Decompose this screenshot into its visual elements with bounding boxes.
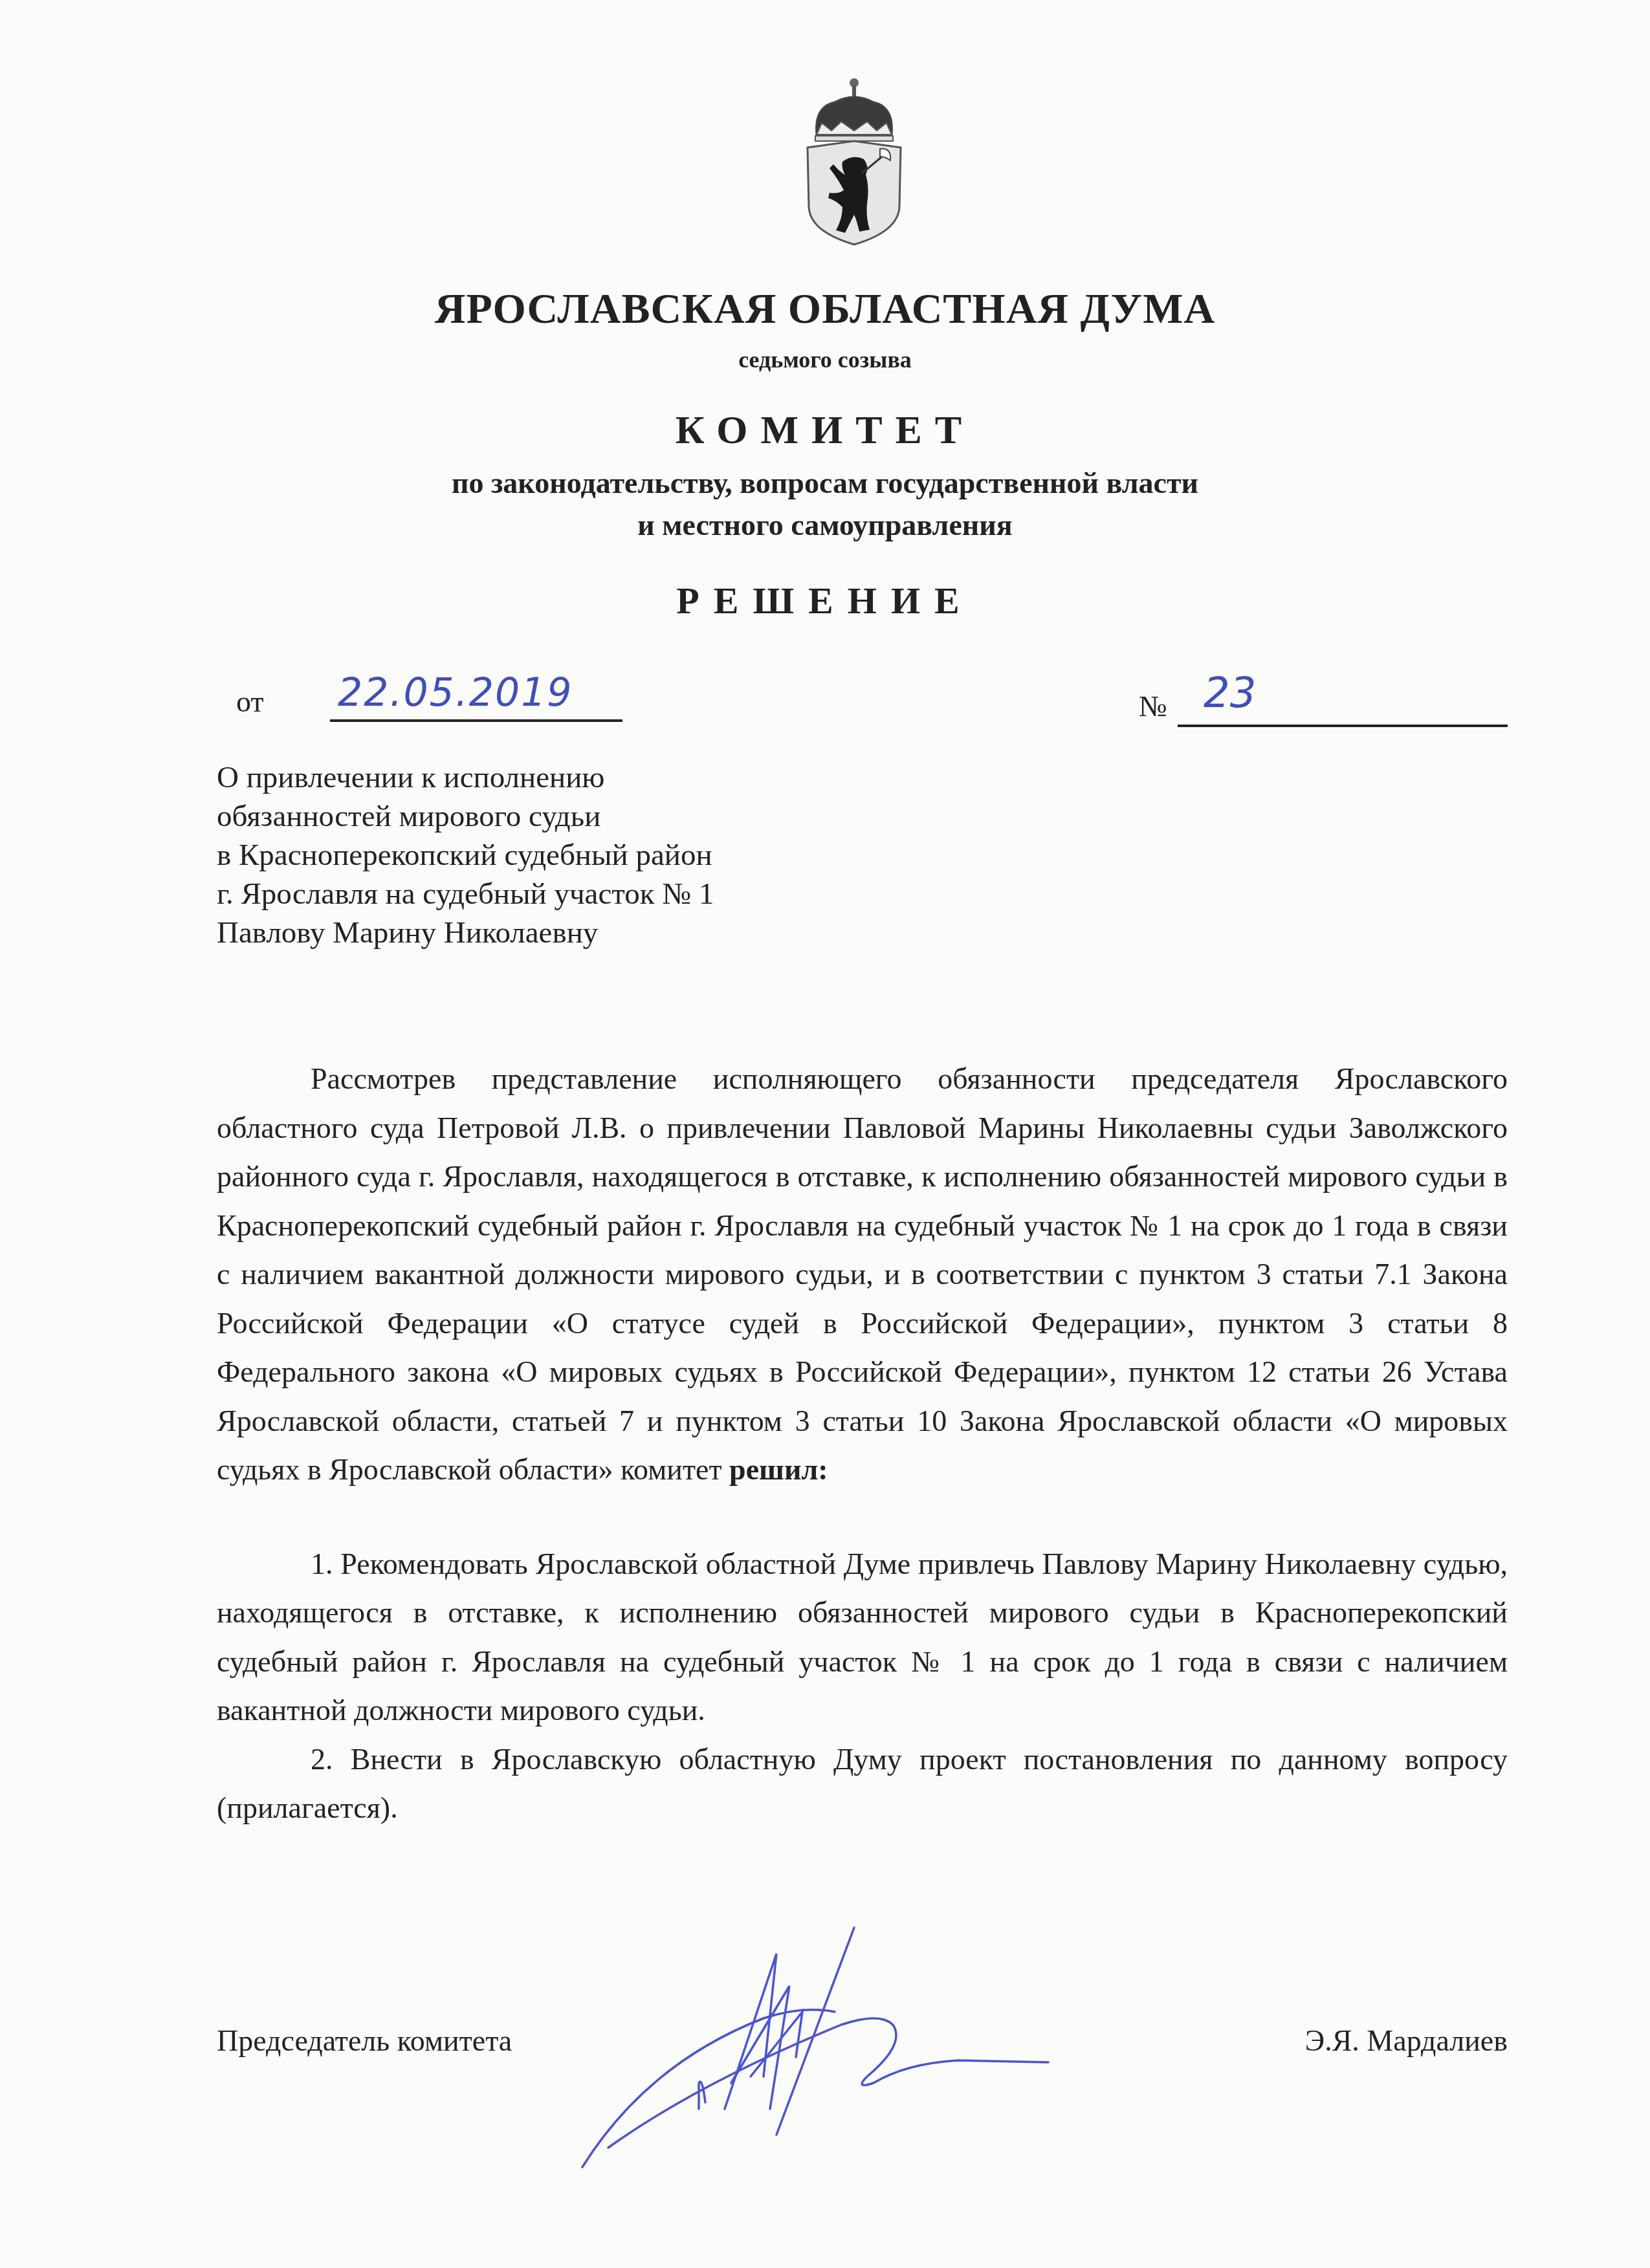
number-field: 23 (1178, 676, 1508, 727)
organization-title: ЯРОСЛАВСКАЯ ОБЛАСТНАЯ ДУМА (0, 285, 1650, 334)
subject-line: в Краснoперекопский судебный район (217, 836, 714, 875)
document-body: Рассмотрев представление исполняющего об… (217, 1054, 1508, 1833)
coat-of-arms-emblem (802, 71, 906, 246)
resolution-item: 1. Рекомендовать Ярославской областной Д… (217, 1540, 1508, 1735)
decided-keyword: решил: (729, 1453, 828, 1486)
committee-name-line: и местного самоуправления (0, 508, 1650, 542)
convocation-subtitle: седьмого созыва (0, 346, 1650, 373)
document-type-heading: РЕШЕНИЕ (0, 579, 1650, 622)
signatory-role: Председатель комитета (217, 2023, 512, 2058)
number-label: № (1139, 689, 1167, 723)
committee-name-line: по законодательству, вопросам государств… (0, 466, 1650, 500)
subject-line: Павлову Марину Николаевну (217, 913, 714, 952)
signature-row: Председатель комитета Э.Я. Мардалиев (217, 2023, 1508, 2075)
subject-line: обязанностей мирового судьи (217, 797, 714, 836)
committee-heading: КОМИТЕТ (0, 408, 1650, 453)
signatory-name: Э.Я. Мардалиев (1305, 2023, 1508, 2058)
bear-crest-icon (802, 71, 906, 246)
date-label: от (236, 684, 264, 719)
date-field: 22.05.2019 (330, 673, 622, 722)
preamble-paragraph: Рассмотрев представление исполняющего об… (217, 1054, 1508, 1494)
handwritten-number: 23 (1204, 670, 1256, 717)
subject-line: О привлечении к исполнению (217, 758, 714, 797)
handwritten-date: 22.05.2019 (338, 670, 573, 715)
subject-line: г. Ярославля на судебный участок № 1 (217, 875, 714, 913)
document-subject: О привлечении к исполнению обязанностей … (217, 758, 714, 952)
preamble-text: Рассмотрев представление исполняющего об… (217, 1062, 1508, 1486)
paragraph-gap (217, 1494, 1508, 1540)
resolution-item: 2. Внести в Ярославскую областную Думу п… (217, 1735, 1508, 1833)
